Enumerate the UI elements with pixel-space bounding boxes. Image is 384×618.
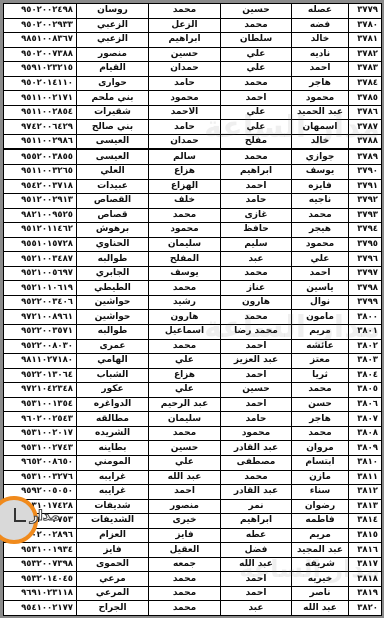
national-number-cell: ٩٥٠٢٠٠٢٤٩٨ [4,4,77,19]
grandfather-name-cell: سليمان [149,237,221,252]
national-number-cell: ٩٥٢٢٠٠٨٠٣٠ [4,339,77,354]
national-number-cell: ٩٥١٢٠١١٤٦٢ [4,223,77,238]
table-row: ٣٨٠١مريممحمد رضااسماعيلطوالبه٩٥٢٢٠٠٣٥٧١ [4,325,382,340]
family-name-cell: المومني [77,455,149,470]
table-row: ٣٧٩٠يوسفابراهيمهزاعالعلي٩٥١١٠٠٣٢٦٥ [4,165,382,180]
row-id-cell: ٣٨١٠ [349,455,382,470]
table-row: ٣٧٨٤هاجرمحمدحامدحوارى٩٥٠٢٠١٤١١٠ [4,76,382,91]
family-name-cell: مطالقه [77,412,149,427]
row-id-cell: ٣٧٩٥ [349,237,382,252]
national-number-cell: ٩٥٤١٠٠٢١٧٧ [4,601,77,616]
father-name-cell: سلطان [221,33,292,48]
family-name-cell: فايز [77,543,149,558]
row-id-cell: ٣٨٠٢ [349,339,382,354]
father-name-cell: احمد [221,586,292,601]
first-name-cell: عبد الله [292,601,349,616]
family-name-cell: روسان [77,4,149,19]
father-name-cell: محمد [221,18,292,33]
family-name-cell: عبيدات [77,179,149,194]
family-name-cell: العيسى [77,134,149,149]
family-name-cell: المرعي [77,586,149,601]
father-name-cell: احمد [221,572,292,587]
father-name-cell: علي [221,120,292,135]
father-name-cell: حامد [221,412,292,427]
row-id-cell: ٣٨٢٠ [349,601,382,616]
family-name-cell: العزام [77,528,149,543]
national-number-cell: ٩٨١١٠٢٧١٨٠ [4,354,77,369]
father-name-cell: محمد رضا [221,325,292,340]
first-name-cell: مريم [292,325,349,340]
grandfather-name-cell: الزعل [149,18,221,33]
table-row: ٣٧٩٩نوالهارونرشيدحواشين٩٥٢٢٠٠٣٤٠٦ [4,295,382,310]
father-name-cell: ابراهيم [221,165,292,180]
grandfather-name-cell: يوسف [149,266,221,281]
family-name-cell: الشريده [77,426,149,441]
national-number-cell: ٩٥٣٢٠٠٧٣٩٨ [4,557,77,572]
national-number-cell: ٩٧٢١٠٠٨٩٦١ [4,310,77,325]
grandfather-name-cell: علي [149,354,221,369]
national-number-cell: ٩٥٩١٠٢٣٢١٥ [4,62,77,77]
grandfather-name-cell: محمد [149,339,221,354]
first-name-cell: اسمهان [292,120,349,135]
family-name-cell: الشديفات [77,514,149,529]
document-frame: ٣٧٧٩عصلهحسينمحمدروسان٩٥٠٢٠٠٢٤٩٨٣٧٨٠فضهمح… [0,0,384,618]
table-row: ٣٧٩٦عليعبدالمفلحطوالبه٩٥٢١٠٠٣٤٨٧ [4,252,382,267]
table-row: ٣٨١٠ابتساممصطفىعليالمومني٩٦٥٢٠٠٨٦٥٠ [4,455,382,470]
row-id-cell: ٣٨٠٨ [349,426,382,441]
national-number-cell: ٩٦٥٢٠٠٨٦٥٠ [4,455,77,470]
first-name-cell: مريم [292,528,349,543]
table-row: ٣٨٠٠مامونمحمدهارونحواشين٩٧٢١٠٠٨٩٦١ [4,310,382,325]
table-row: ٣٨٢٠عبد اللهعبدمحمدالجراح٩٥٤١٠٠٢١٧٧ [4,601,382,616]
father-name-cell: محمد [221,310,292,325]
father-name-cell: مفلح [221,134,292,149]
row-id-cell: ٣٨١٦ [349,543,382,558]
national-number-cell: ٩٨٥١٠٠٨٣٦٧ [4,33,77,48]
names-table: ٣٧٧٩عصلهحسينمحمدروسان٩٥٠٢٠٠٢٤٩٨٣٧٨٠فضهمح… [3,3,382,616]
grandfather-name-cell: محمود [149,91,221,106]
first-name-cell: محمود [292,237,349,252]
grandfather-name-cell: رشيد [149,295,221,310]
family-name-cell: بني صالح [77,120,149,135]
row-id-cell: ٣٨٠٤ [349,368,382,383]
row-id-cell: ٣٧٩٤ [349,223,382,238]
first-name-cell: ياسين [292,281,349,296]
father-name-cell: احمد [221,91,292,106]
row-id-cell: ٣٧٨١ [349,33,382,48]
father-name-cell: سليم [221,237,292,252]
family-name-cell: مرعي [77,572,149,587]
first-name-cell: ناجيه [292,194,349,209]
row-id-cell: ٣٨١٨ [349,572,382,587]
first-name-cell: هيجر [292,223,349,238]
row-id-cell: ٣٨١٥ [349,528,382,543]
grandfather-name-cell: خيرى [149,514,221,529]
family-name-cell: منصور [77,47,149,62]
table-row: ٣٨٠٧هاجرحامدسليمانمطالقه٩٦٠٢٠٠٢٥٤٣ [4,412,382,427]
row-id-cell: ٣٨١٩ [349,586,382,601]
row-id-cell: ٣٧٩٣ [349,208,382,223]
row-id-cell: ٣٧٨٥ [349,91,382,106]
row-id-cell: ٣٨٠٧ [349,412,382,427]
family-name-cell: قصاص [77,208,149,223]
national-number-cell: ٩٥٣٢٠١٤٠٤٥ [4,572,77,587]
table-row: ٣٧٩٨ياسينعنازمحمدالطيطي٩٥٢١٠١٠٦١٩ [4,281,382,296]
national-number-cell: ٩٥٢١٠١٠٦١٩ [4,281,77,296]
first-name-cell: نوال [292,295,349,310]
family-name-cell: العلي [77,165,149,180]
father-name-cell: محمد [221,149,292,164]
father-name-cell: علي [221,47,292,62]
row-id-cell: ٣٧٨٧ [349,120,382,135]
father-name-cell: عبد القادر [221,441,292,456]
first-name-cell: عائشه [292,339,349,354]
grandfather-name-cell: محمود [149,223,221,238]
national-number-cell: ٩٥٢٢٠٠٣٥٧١ [4,325,77,340]
table-row: ٣٨١١مازنمحمدعبد اللهغرايبه٩٥٣١٠٠٣٢٧٦ [4,470,382,485]
grandfather-name-cell: هزاع [149,165,221,180]
first-name-cell: خيريه [292,572,349,587]
first-name-cell: علي [292,252,349,267]
grandfather-name-cell: حامد [149,120,221,135]
national-number-cell: ٩٦٠٢٠٠٢٥٤٣ [4,412,77,427]
first-name-cell: هاجر [292,76,349,91]
grandfather-name-cell: فايز [149,528,221,543]
row-id-cell: ٣٨٠١ [349,325,382,340]
table-row: ٣٧٨٨خالدمفلححمدانالعيسى٩٥١١٠٠٢٩٨٦ [4,134,382,149]
family-name-cell: غرايبه [77,470,149,485]
table-row: ٣٨١٢سناءعبد القادراحمدغرايبه٩٥٩٢٠٠٥٠٥٠ [4,485,382,500]
family-name-cell: حواشين [77,310,149,325]
first-name-cell: مامون [292,310,349,325]
grandfather-name-cell: محمد [149,586,221,601]
national-number-cell: ٩٥٢١٠٠٣٤٨٧ [4,252,77,267]
national-number-cell: ٩٥٥٢٠٠٣٨٥٥ [4,149,77,164]
family-name-cell: غرايبه [77,485,149,500]
table-row: ٣٨٠٦حسناحمدعبد الرحيمالدواغره٩٥٣١٠٠١٣٥٤ [4,397,382,412]
national-number-cell: ٩٥١١٠٠٢٩٨٦ [4,134,77,149]
family-name-cell: الحموى [77,557,149,572]
grandfather-name-cell: محمد [149,601,221,616]
row-id-cell: ٣٨٠٣ [349,354,382,369]
grandfather-name-cell: محمد [149,281,221,296]
grandfather-name-cell: محمد [149,208,221,223]
father-name-cell: محمد [221,266,292,281]
row-id-cell: ٣٧٨٣ [349,62,382,77]
first-name-cell: حسن [292,397,349,412]
family-name-cell: حواشين [77,295,149,310]
table-row: ٣٨٠٣معتزعبد العزيزعليالهامي٩٨١١٠٢٧١٨٠ [4,354,382,369]
table-row: ٣٧٩٤هيجرحافظمحمودبرهوش٩٥١٢٠١١٤٦٢ [4,223,382,238]
family-name-cell: الزعبي [77,33,149,48]
first-name-cell: عصله [292,4,349,19]
table-row: ٣٨١٦عبد المجيدفضلالعقيلفايز٩٥٣١٠٠١٩٣٤ [4,543,382,558]
row-id-cell: ٣٨١٤ [349,514,382,529]
table-row: ٣٨٠٢عائشهاحمدمحمدعمرى٩٥٢٢٠٠٨٠٣٠ [4,339,382,354]
first-name-cell: عبد المجيد [292,543,349,558]
row-id-cell: ٣٧٩٨ [349,281,382,296]
row-id-cell: ٣٧٨٢ [349,47,382,62]
row-id-cell: ٣٨١٣ [349,499,382,514]
father-name-cell: مصطفى [221,455,292,470]
table-row: ٣٧٩٢ناجيهحامدخلفالقصاص٩٥١٢٠٠٢٩١٣ [4,194,382,209]
national-number-cell: ٩٥٠٢٠٠٧٣٨٨ [4,47,77,62]
family-name-cell: الجابري [77,266,149,281]
row-id-cell: ٣٨١٧ [349,557,382,572]
table-row: ٣٧٨٩جوازيمحمدسالمالعيسى٩٥٥٢٠٠٣٨٥٥ [4,149,382,164]
first-name-cell: محمد [292,208,349,223]
table-row: ٣٧٩٥محمودسليمسليمانالحناوي٩٥٥١٠١٥٧٢٨ [4,237,382,252]
first-name-cell: احمد [292,266,349,281]
family-name-cell: حوارى [77,76,149,91]
father-name-cell: احمد [221,179,292,194]
table-row: ٣٨٠٤ثريااحمدهزاعالشباب٩٥٢٢٠١٣٠٦٤ [4,368,382,383]
table-row: ٣٧٨٢ناديهعليحسينمنصور٩٥٠٢٠٠٧٣٨٨ [4,47,382,62]
national-number-cell: ٩٥١١٠٠٢١٧١ [4,91,77,106]
family-name-cell: طوالبه [77,325,149,340]
first-name-cell: شريفه [292,557,349,572]
row-id-cell: ٣٧٨٠ [349,18,382,33]
national-number-cell: ٩٥٢٢٠١٣٠٦٤ [4,368,77,383]
row-id-cell: ٣٧٩٦ [349,252,382,267]
row-id-cell: ٣٨١٢ [349,485,382,500]
family-name-cell: القيام [77,62,149,77]
table-row: ٣٨١٤فاطمهابراهيمخيرىالشديفات٩٥٣٢٠٠٢٧٥٣ [4,514,382,529]
grandfather-name-cell: المفلح [149,252,221,267]
national-number-cell: ٩٥١١٠٠٣٢٦٥ [4,165,77,180]
father-name-cell: عبد الله [221,557,292,572]
row-id-cell: ٣٨٠٦ [349,397,382,412]
row-id-cell: ٣٧٩٧ [349,266,382,281]
father-name-cell: فضل [221,543,292,558]
table-row: ٣٧٩٧احمدمحمديوسفالجابري٩٥٢١٠٠٥٦٩٧ [4,266,382,281]
grandfather-name-cell: هارون [149,310,221,325]
father-name-cell: عطه [221,528,292,543]
father-name-cell: ابراهيم [221,514,292,529]
family-name-cell: الشباب [77,368,149,383]
row-id-cell: ٣٨٠٠ [349,310,382,325]
national-number-cell: ٩٥٥١٠١٥٧٢٨ [4,237,77,252]
family-name-cell: القصاص [77,194,149,209]
grandfather-name-cell: العقيل [149,543,221,558]
grandfather-name-cell: محمد [149,572,221,587]
first-name-cell: محمد [292,426,349,441]
table-row: ٣٨١٧شريفهعبد اللهجمعهالحموى٩٥٣٢٠٠٧٣٩٨ [4,557,382,572]
national-number-cell: ٩٥٢٢٠٠٣٤٠٦ [4,295,77,310]
row-id-cell: ٣٧٩٢ [349,194,382,209]
grandfather-name-cell: منصور [149,499,221,514]
grandfather-name-cell: حمدان [149,62,221,77]
first-name-cell: مازن [292,470,349,485]
national-number-cell: ٩٥٤٢٠٠٣٧١٨ [4,179,77,194]
father-name-cell: علي [221,62,292,77]
grandfather-name-cell: علي [149,455,221,470]
grandfather-name-cell: حسين [149,441,221,456]
row-id-cell: ٣٧٨٤ [349,76,382,91]
table-row: ٣٨١٥مريمعطهفايزالعزام٩٥٠٢٠٠٢٨٩٦ [4,528,382,543]
row-id-cell: ٣٧٧٩ [349,4,382,19]
first-name-cell: محمود [292,91,349,106]
grandfather-name-cell: سليمان [149,412,221,427]
grandfather-name-cell: حمدان [149,134,221,149]
family-name-cell: الحناوي [77,237,149,252]
father-name-cell: حسين [221,4,292,19]
national-number-cell: ٩٥١١٠٠٢٨٥٤ [4,105,77,120]
first-name-cell: ناديه [292,47,349,62]
grandfather-name-cell: عبد الله [149,470,221,485]
table-row: ٣٨١٨خيريهاحمدمحمدمرعي٩٥٣٢٠١٤٠٤٥ [4,572,382,587]
logo-text: مدار [30,508,60,524]
table-row: ٣٨١٣رضواننمرمنصورشديفات٩٥٣١٠١٧٤٢٨ [4,499,382,514]
table-row: ٣٧٨٣احمدعليحمدانالقيام٩٥٩١٠٢٣٢١٥ [4,62,382,77]
family-name-cell: الزعبي [77,18,149,33]
father-name-cell: هارون [221,295,292,310]
first-name-cell: محمد [292,383,349,398]
grandfather-name-cell: خلف [149,194,221,209]
first-name-cell: فاطمه [292,514,349,529]
father-name-cell: احمد [221,368,292,383]
grandfather-name-cell: الاحمد [149,105,221,120]
national-number-cell: ٩٥٠٢٠٠٢٩٣٣ [4,18,77,33]
national-number-cell: ٩٥٣١٠٠١٣٥٤ [4,397,77,412]
national-number-cell: ٩٥٣١٠٠٣٢٧٦ [4,470,77,485]
family-name-cell: برهوش [77,223,149,238]
family-name-cell: شديفات [77,499,149,514]
father-name-cell: عناز [221,281,292,296]
national-number-cell: ٩٦٩١٠٢٣١١٨ [4,586,77,601]
father-name-cell: احمد [221,397,292,412]
first-name-cell: خالد [292,33,349,48]
grandfather-name-cell: عبد الرحيم [149,397,221,412]
table-row: ٣٧٩٣محمدغازىمحمدقصاص٩٨٢١٠٠٩٥٢٥ [4,208,382,223]
grandfather-name-cell: سالم [149,149,221,164]
family-name-cell: الدواغره [77,397,149,412]
family-name-cell: الطيطي [77,281,149,296]
first-name-cell: سناء [292,485,349,500]
father-name-cell: محمد [221,76,292,91]
table-row: ٣٨١٩ناصراحمدمحمدالمرعي٩٦٩١٠٢٣١١٨ [4,586,382,601]
first-name-cell: معتز [292,354,349,369]
first-name-cell: هاجر [292,412,349,427]
first-name-cell: رضوان [292,499,349,514]
family-name-cell: الجراح [77,601,149,616]
table-row: ٣٧٩١فايزهاحمدالهزاععبيدات٩٥٤٢٠٠٣٧١٨ [4,179,382,194]
father-name-cell: حامد [221,194,292,209]
father-name-cell: محمود [221,426,292,441]
first-name-cell: ناصر [292,586,349,601]
grandfather-name-cell: احمد [149,485,221,500]
father-name-cell: عبد العزيز [221,354,292,369]
first-name-cell: فايزه [292,179,349,194]
family-name-cell: شقيرات [77,105,149,120]
first-name-cell: عبد الحميد [292,105,349,120]
first-name-cell: خالد [292,134,349,149]
row-id-cell: ٣٧٩٠ [349,165,382,180]
grandfather-name-cell: محمد [149,426,221,441]
grandfather-name-cell: اسماعيل [149,325,221,340]
father-name-cell: حسين [221,383,292,398]
first-name-cell: ابتسام [292,455,349,470]
grandfather-name-cell: جمعه [149,557,221,572]
row-id-cell: ٣٧٨٦ [349,105,382,120]
national-number-cell: ٩٨٢١٠٠٩٥٢٥ [4,208,77,223]
father-name-cell: عبد [221,252,292,267]
grandfather-name-cell: حسين [149,47,221,62]
table-row: ٣٧٧٩عصلهحسينمحمدروسان٩٥٠٢٠٠٢٤٩٨ [4,4,382,19]
first-name-cell: جوازي [292,149,349,164]
family-name-cell: عكور [77,383,149,398]
grandfather-name-cell: ابراهيم [149,33,221,48]
row-id-cell: ٣٨١١ [349,470,382,485]
row-id-cell: ٣٧٨٨ [349,134,382,149]
first-name-cell: فضه [292,18,349,33]
table-row: ٣٧٨٥محموداحمدمحمودبني ملحم٩٥١١٠٠٢١٧١ [4,91,382,106]
grandfather-name-cell: الهزاع [149,179,221,194]
father-name-cell: غازى [221,208,292,223]
father-name-cell: احمد [221,339,292,354]
national-number-cell: ٩٥٣١٠٠٢٠١٧ [4,426,77,441]
table-row: ٣٨٠٨محمدمحمودمحمدالشريده٩٥٣١٠٠٢٠١٧ [4,426,382,441]
row-id-cell: ٣٧٨٩ [349,149,382,164]
table-row: ٣٨٠٥محمدحسينعليعكور٩٧٢١٠٤٢٣٤٨ [4,383,382,398]
national-number-cell: ٩٥٣١٠٠٢٧٤٣ [4,441,77,456]
first-name-cell: يوسف [292,165,349,180]
grandfather-name-cell: علي [149,383,221,398]
family-name-cell: عمرى [77,339,149,354]
row-id-cell: ٣٧٩١ [349,179,382,194]
first-name-cell: احمد [292,62,349,77]
row-id-cell: ٣٧٩٩ [349,295,382,310]
national-number-cell: ٩٧٢١٠٤٢٣٤٨ [4,383,77,398]
row-id-cell: ٣٨٠٩ [349,441,382,456]
national-number-cell: ٩٥٢١٠٠٥٦٩٧ [4,266,77,281]
family-name-cell: طوالبه [77,252,149,267]
site-logo: مدار [0,492,44,554]
father-name-cell: نمر [221,499,292,514]
national-number-cell: ٩٥٠٢٠١٤١١٠ [4,76,77,91]
first-name-cell: مروان [292,441,349,456]
table-row: ٣٧٨١خالدسلطانابراهيمالزعبي٩٨٥١٠٠٨٣٦٧ [4,33,382,48]
father-name-cell: علي [221,105,292,120]
family-name-cell: الهامي [77,354,149,369]
father-name-cell: عبد القادر [221,485,292,500]
national-number-cell: ٩٧٤٢٠٠٦٤٢٩ [4,120,77,135]
father-name-cell: محمد [221,470,292,485]
grandfather-name-cell: هزاع [149,368,221,383]
table-row: ٣٧٨٦عبد الحميدعليالاحمدشقيرات٩٥١١٠٠٢٨٥٤ [4,105,382,120]
first-name-cell: ثريا [292,368,349,383]
grandfather-name-cell: حامد [149,76,221,91]
table-row: ٣٨٠٩مروانعبد القادرحسينبطاينه٩٥٣١٠٠٢٧٤٣ [4,441,382,456]
table-row: ٣٧٨٧اسمهانعليحامدبني صالح٩٧٤٢٠٠٦٤٢٩ [4,120,382,135]
national-number-cell: ٩٥١٢٠٠٢٩١٣ [4,194,77,209]
table-body: ٣٧٧٩عصلهحسينمحمدروسان٩٥٠٢٠٠٢٤٩٨٣٧٨٠فضهمح… [4,4,382,616]
father-name-cell: عبد [221,601,292,616]
table-row: ٣٧٨٠فضهمحمدالزعلالزعبي٩٥٠٢٠٠٢٩٣٣ [4,18,382,33]
family-name-cell: بطاينه [77,441,149,456]
row-id-cell: ٣٨٠٥ [349,383,382,398]
father-name-cell: حافظ [221,223,292,238]
grandfather-name-cell: محمد [149,4,221,19]
family-name-cell: العيسى [77,149,149,164]
family-name-cell: بني ملحم [77,91,149,106]
